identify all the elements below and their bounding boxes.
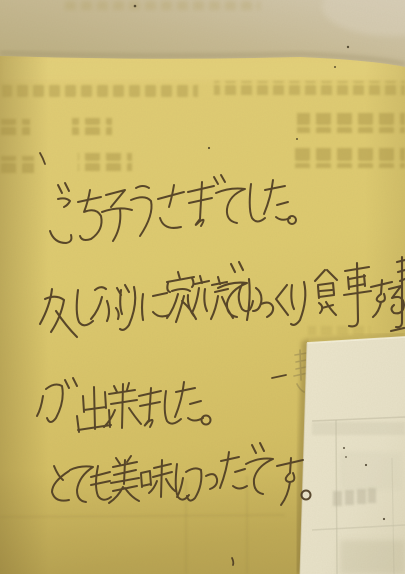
photo-grain — [0, 0, 405, 574]
photo-of-handwritten-note: ごちそうさまでした。 久しぶりに家族でゆっくり食事する事 が出来ました。 とても… — [0, 0, 405, 574]
photo-canvas — [0, 0, 405, 574]
